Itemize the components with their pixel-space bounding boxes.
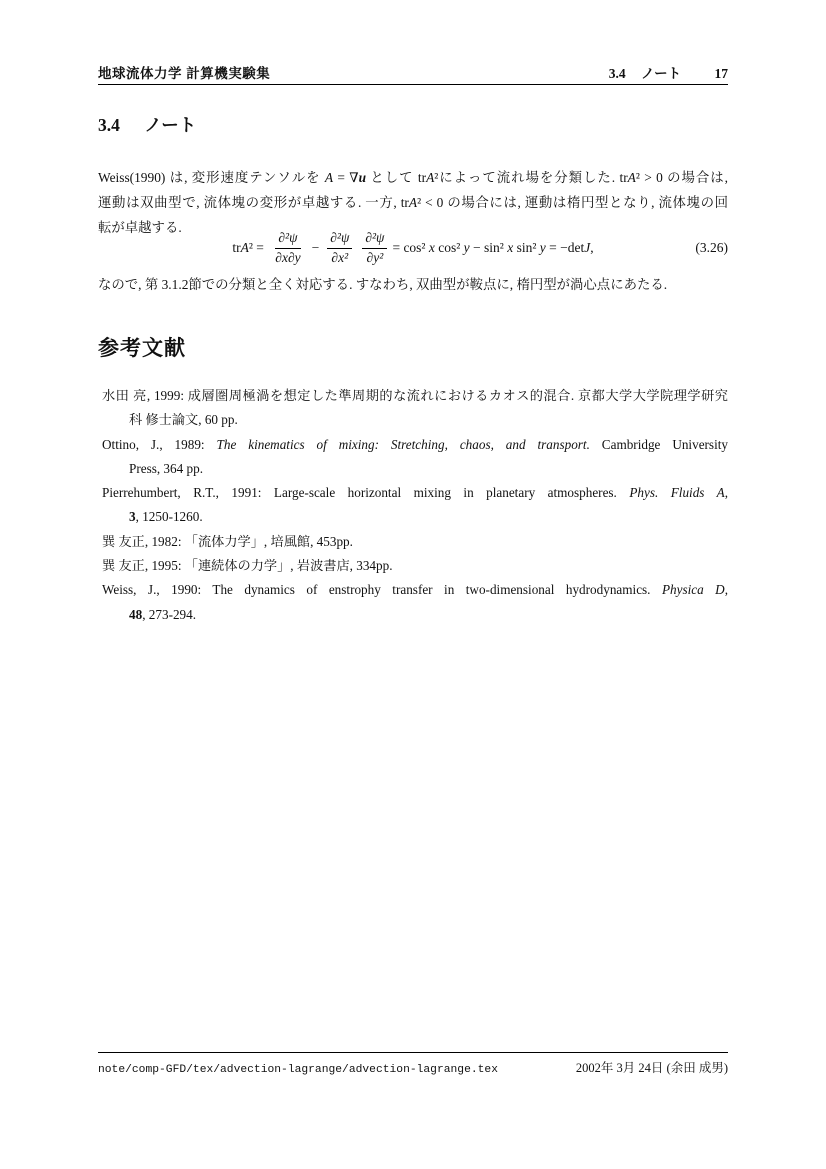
text-run: ∂²ψ xyxy=(330,230,349,245)
minus-operator: − xyxy=(312,240,320,256)
text-run: ∂²ψ xyxy=(365,230,384,245)
text-run: , 1250-1260. xyxy=(136,509,203,524)
header-section-name: ノート xyxy=(641,62,681,82)
text-run: ∂x² xyxy=(331,250,348,265)
equation-lhs: trA² = xyxy=(232,240,267,256)
text-run: 3 xyxy=(129,509,136,524)
references-list: 水田 亮, 1999: 成層圏周極渦を想定した準周期的な流れにおけるカオス的混合… xyxy=(102,384,728,627)
reference-line: 巽 友正, 1995: 「連続体の力学」, 岩波書店, 334pp. xyxy=(102,554,728,578)
text-run: 水田 亮, 1999: 成層圏周極渦を想定した準周期的な流れにおけるカオス的混合… xyxy=(102,388,728,403)
text-run: = ∇ xyxy=(333,170,359,185)
text-run: ∂x∂y xyxy=(275,250,300,265)
text-run: tr xyxy=(232,240,240,255)
text-run: = cos² xyxy=(392,240,428,255)
document-page: 地球流体力学 計算機実験集 3.4 ノート 17 3.4 ノート Weiss(1… xyxy=(0,0,826,1169)
reference-line: 3, 1250-1260. xyxy=(102,505,728,529)
text-run: Weiss(1990) は, 変形速度テンソルを xyxy=(98,170,325,185)
page-footer: note/comp-GFD/tex/advection-lagrange/adv… xyxy=(98,1058,728,1076)
text-run: Physica D xyxy=(662,582,725,597)
text-run: Weiss, J., 1990: The dynamics of enstrop… xyxy=(102,582,662,597)
footer-rule xyxy=(98,1052,728,1053)
reference-line: Ottino, J., 1989: The kinematics of mixi… xyxy=(102,433,728,457)
text-run: , 273-294. xyxy=(142,607,196,622)
text-run: ² > 0 の場合は, xyxy=(636,170,728,185)
fraction-numerator: ∂²ψ xyxy=(275,230,300,249)
text-run: , xyxy=(590,240,593,255)
footer-date-author: 2002年 3月 24日 (余田 成男) xyxy=(576,1058,728,1076)
paragraph-line: Weiss(1990) は, 変形速度テンソルを A = ∇u として trA²… xyxy=(98,165,728,190)
text-run: 科 修士論文, 60 pp. xyxy=(129,412,238,427)
text-run: A xyxy=(628,170,636,185)
text-run: Pierrehumbert, R.T., 1991: Large-scale h… xyxy=(102,485,629,500)
footer-file-path: note/comp-GFD/tex/advection-lagrange/adv… xyxy=(98,1064,498,1076)
reference-line: 科 修士論文, 60 pp. xyxy=(102,408,728,432)
reference-line: 48, 273-294. xyxy=(102,603,728,627)
text-run: Press, 364 pp. xyxy=(129,461,203,476)
text-run: 巽 友正, 1995: 「連続体の力学」, 岩波書店, 334pp. xyxy=(102,558,393,573)
section-heading-title: ノート xyxy=(144,115,196,135)
text-run: Ottino, J., 1989: xyxy=(102,437,217,452)
text-run: 巽 友正, 1982: 「流体力学」, 培風館, 453pp. xyxy=(102,534,353,549)
page-number: 17 xyxy=(715,66,729,82)
text-run: = −det xyxy=(546,240,584,255)
references-heading: 参考文献 xyxy=(98,332,186,362)
header-section-number: 3.4 xyxy=(609,66,626,82)
fraction-denominator: ∂x² xyxy=(328,249,351,267)
reference-line: Press, 364 pp. xyxy=(102,457,728,481)
text-run: ∂²ψ xyxy=(278,230,297,245)
text-run: , xyxy=(725,582,728,597)
paragraph-line: 運動は双曲型で, 流体塊の変形が卓越する. 一方, trA² < 0 の場合には… xyxy=(98,190,728,215)
text-run: − sin² xyxy=(470,240,508,255)
text-run: A xyxy=(409,195,417,210)
text-run: sin² xyxy=(513,240,540,255)
text-run: なので, 第 3.1.2節での分類と全く対応する. すなわち, 双曲型が鞍点に,… xyxy=(98,277,667,292)
text-run: ² = xyxy=(249,240,267,255)
text-run: ²によって流れ場を分類した. tr xyxy=(434,170,627,185)
page-header: 地球流体力学 計算機実験集 3.4 ノート 17 xyxy=(98,62,728,82)
header-section-info: 3.4 ノート 17 xyxy=(609,62,728,82)
text-run: The kinematics of mixing: Stretching, ch… xyxy=(217,437,590,452)
reference-line: 水田 亮, 1999: 成層圏周極渦を想定した準周期的な流れにおけるカオス的混合… xyxy=(102,384,728,408)
equation-number: (3.26) xyxy=(695,240,728,256)
reference-line: 巽 友正, 1982: 「流体力学」, 培風館, 453pp. xyxy=(102,530,728,554)
equation-fraction: ∂²ψ ∂y² xyxy=(362,230,387,267)
equation-rhs: = cos² x cos² y − sin² x sin² y = −detJ, xyxy=(392,240,593,256)
equation-body: trA² = ∂²ψ ∂x∂y − ∂²ψ ∂x² ∂²ψ ∂y² = cos²… xyxy=(98,226,728,270)
reference-line: Pierrehumbert, R.T., 1991: Large-scale h… xyxy=(102,481,728,505)
paragraph-line: なので, 第 3.1.2節での分類と全く対応する. すなわち, 双曲型が鞍点に,… xyxy=(98,272,728,297)
text-run: cos² xyxy=(435,240,464,255)
text-run: A xyxy=(241,240,249,255)
fraction-denominator: ∂y² xyxy=(364,249,387,267)
fraction-numerator: ∂²ψ xyxy=(327,230,352,249)
text-run: ∂y² xyxy=(367,250,384,265)
after-equation-paragraph: なので, 第 3.1.2節での分類と全く対応する. すなわち, 双曲型が鞍点に,… xyxy=(98,272,728,297)
text-run: , xyxy=(725,485,728,500)
text-run: A xyxy=(325,170,333,185)
reference-line: Weiss, J., 1990: The dynamics of enstrop… xyxy=(102,578,728,602)
text-run: として tr xyxy=(366,170,426,185)
equation-fraction: ∂²ψ ∂x∂y xyxy=(272,230,303,267)
section-heading-number: 3.4 xyxy=(98,115,120,135)
fraction-numerator: ∂²ψ xyxy=(362,230,387,249)
header-rule xyxy=(98,84,728,85)
text-run: Phys. Fluids A xyxy=(629,485,724,500)
fraction-denominator: ∂x∂y xyxy=(272,249,303,267)
text-run: 運動は双曲型で, 流体塊の変形が卓越する. 一方, tr xyxy=(98,195,409,210)
text-run: 48 xyxy=(129,607,142,622)
equation-3-26: trA² = ∂²ψ ∂x∂y − ∂²ψ ∂x² ∂²ψ ∂y² = cos²… xyxy=(98,226,728,270)
section-heading: 3.4 ノート xyxy=(98,112,196,137)
text-run: ² < 0 の場合には, 運動は楕円型となり, 流体塊の回 xyxy=(417,195,728,210)
text-run: u xyxy=(359,170,366,185)
text-run: Cambridge University xyxy=(590,437,728,452)
header-book-title: 地球流体力学 計算機実験集 xyxy=(98,62,270,82)
equation-fraction: ∂²ψ ∂x² xyxy=(327,230,352,267)
